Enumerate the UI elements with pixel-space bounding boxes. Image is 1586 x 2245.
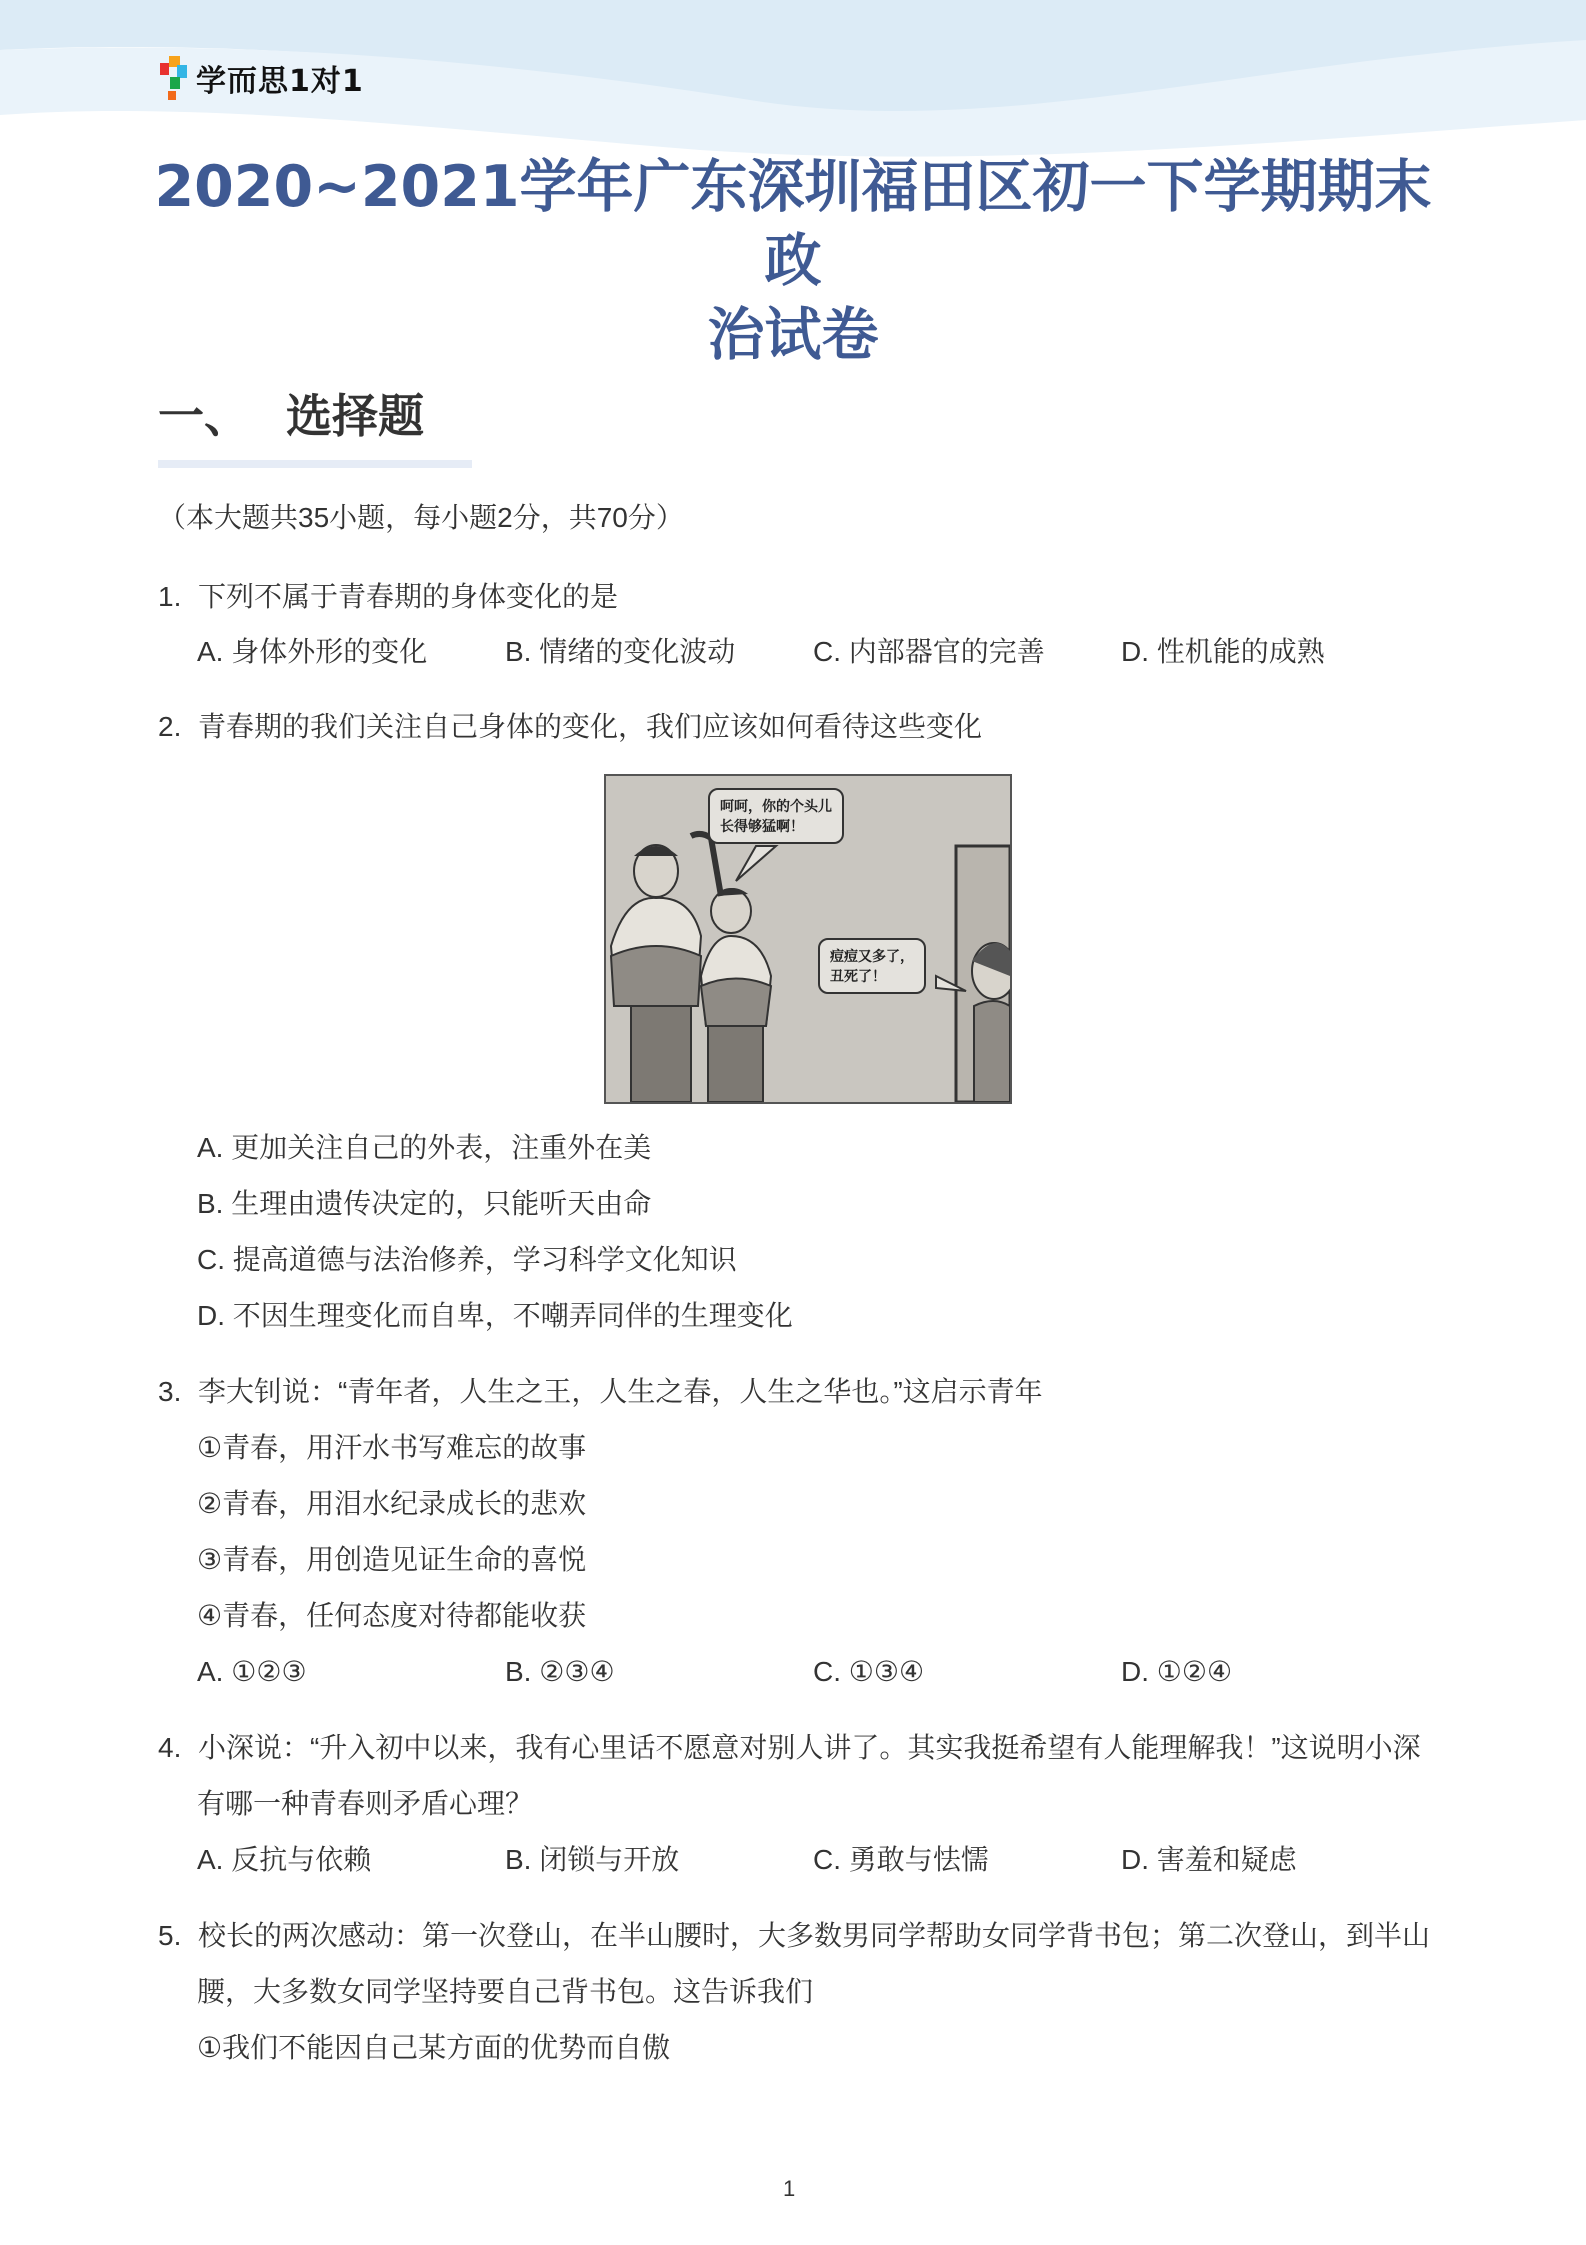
question-2-comic-image: 呵呵，你的个头儿 长得够猛啊！ 痘痘又多了， 丑死了！ [604,774,1012,1104]
q1-option-a[interactable]: A. 身体外形的变化 [197,634,427,670]
question-3: 3.李大钊说：“青年者，人生之王，人生之春，人生之华也。”这启示青年 [158,1374,1043,1410]
bubble-text: 呵呵，你的个头儿 [720,796,832,816]
q2-option-b[interactable]: B. 生理由遗传决定的，只能听天由命 [197,1186,651,1222]
question-5-stem-continued: 腰，大多数女同学坚持要自己背书包。这告诉我们 [197,1974,813,2010]
question-stem: 下列不属于青春期的身体变化的是 [198,581,618,612]
option-letter: A. [197,1656,223,1687]
question-stem: 小深说：“升入初中以来，我有心里话不愿意对别人讲了。其实我挺希望有人能理解我！”… [198,1732,1421,1763]
q4-option-b[interactable]: B. 闭锁与开放 [505,1842,679,1878]
option-letter: B. [505,636,531,667]
q1-option-d[interactable]: D. 性机能的成熟 [1121,634,1325,670]
question-stem: 青春期的我们关注自己身体的变化，我们应该如何看待这些变化 [198,711,982,742]
q3-option-c[interactable]: C. ①③④ [813,1654,924,1690]
option-text: 闭锁与开放 [539,1844,679,1875]
option-letter: A. [197,1132,223,1163]
option-letter: A. [197,636,223,667]
question-stem: 校长的两次感动：第一次登山，在半山腰时，大多数男同学帮助女同学背书包；第二次登山… [198,1920,1430,1951]
q1-option-c[interactable]: C. 内部器官的完善 [813,634,1045,670]
option-letter: D. [1121,636,1149,667]
option-text: 反抗与依赖 [231,1844,371,1875]
title-line-2: 治试卷 [150,298,1436,372]
question-1: 1.下列不属于青春期的身体变化的是 [158,579,618,615]
logo-text: 学而思1对1 [196,56,364,100]
option-text: 内部器官的完善 [849,636,1045,667]
section-number: 一、 [158,389,250,443]
q5-statement-1: ①我们不能因自己某方面的优势而自傲 [197,2030,670,2066]
speech-bubble-2: 痘痘又多了， 丑死了！ [818,938,926,994]
question-4-stem-continued: 有哪一种青春则矛盾心理？ [197,1786,533,1822]
option-text: 提高道德与法治修养，学习科学文化知识 [233,1244,737,1275]
section-note: （本大题共35小题，每小题2分，共70分） [158,500,684,536]
option-text: 勇敢与怯懦 [849,1844,989,1875]
q3-statement-4: ④青春，任何态度对待都能收获 [197,1598,586,1634]
question-2: 2.青春期的我们关注自己身体的变化，我们应该如何看待这些变化 [158,709,982,745]
option-letter: C. [813,636,841,667]
option-text: 害羞和疑虑 [1157,1844,1297,1875]
option-text: 身体外形的变化 [231,636,427,667]
section-underline [158,460,472,468]
section-name: 选择题 [286,389,424,443]
option-letter: B. [505,1656,531,1687]
option-letter: A. [197,1844,223,1875]
option-letter: B. [197,1188,223,1219]
option-letter: D. [1121,1844,1149,1875]
option-letter: B. [505,1844,531,1875]
question-number: 4. [158,1730,198,1766]
q4-option-d[interactable]: D. 害羞和疑虑 [1121,1842,1297,1878]
q3-option-b[interactable]: B. ②③④ [505,1654,615,1690]
option-text: 更加关注自己的外表，注重外在美 [231,1132,651,1163]
option-letter: D. [1121,1656,1149,1687]
q2-option-a[interactable]: A. 更加关注自己的外表，注重外在美 [197,1130,651,1166]
option-text: ①②③ [231,1656,306,1687]
option-text: 不因生理变化而自卑，不嘲弄同伴的生理变化 [233,1300,793,1331]
option-letter: C. [813,1844,841,1875]
question-5: 5.校长的两次感动：第一次登山，在半山腰时，大多数男同学帮助女同学背书包；第二次… [158,1918,1430,1954]
question-4: 4.小深说：“升入初中以来，我有心里话不愿意对别人讲了。其实我挺希望有人能理解我… [158,1730,1421,1766]
brand-logo: 学而思1对1 [160,56,364,100]
bubble-text: 长得够猛啊！ [720,816,832,836]
option-text: 情绪的变化波动 [539,636,735,667]
question-number: 3. [158,1374,198,1410]
q3-statement-2: ②青春，用泪水纪录成长的悲欢 [197,1486,586,1522]
q2-option-c[interactable]: C. 提高道德与法治修养，学习科学文化知识 [197,1242,737,1278]
q3-option-d[interactable]: D. ①②④ [1121,1654,1232,1690]
option-text: 性机能的成熟 [1157,636,1325,667]
q3-statement-3: ③青春，用创造见证生命的喜悦 [197,1542,586,1578]
q4-option-c[interactable]: C. 勇敢与怯懦 [813,1842,989,1878]
document-title: 2020~2021学年广东深圳福田区初一下学期期末政 治试卷 [150,150,1436,372]
option-letter: C. [197,1244,225,1275]
bubble-text: 丑死了！ [830,966,914,986]
question-number: 1. [158,579,198,615]
option-text: ①②④ [1157,1656,1232,1687]
question-number: 5. [158,1918,198,1954]
q2-option-d[interactable]: D. 不因生理变化而自卑，不嘲弄同伴的生理变化 [197,1298,793,1334]
speech-bubble-1: 呵呵，你的个头儿 长得够猛啊！ [708,788,844,844]
option-text: ①③④ [849,1656,924,1687]
option-letter: D. [197,1300,225,1331]
bubble-text: 痘痘又多了， [830,946,914,966]
option-letter: C. [813,1656,841,1687]
title-line-1: 2020~2021学年广东深圳福田区初一下学期期末政 [150,150,1436,298]
option-text: 生理由遗传决定的，只能听天由命 [231,1188,651,1219]
question-number: 2. [158,709,198,745]
q1-option-b[interactable]: B. 情绪的变化波动 [505,634,735,670]
page-number: 1 [783,2176,795,2202]
option-text: ②③④ [539,1656,614,1687]
q3-option-a[interactable]: A. ①②③ [197,1654,307,1690]
section-heading: 一、选择题 [158,380,424,446]
question-stem: 李大钊说：“青年者，人生之王，人生之春，人生之华也。”这启示青年 [198,1376,1043,1407]
q3-statement-1: ①青春，用汗水书写难忘的故事 [197,1430,586,1466]
logo-mark-icon [160,56,188,100]
q4-option-a[interactable]: A. 反抗与依赖 [197,1842,371,1878]
